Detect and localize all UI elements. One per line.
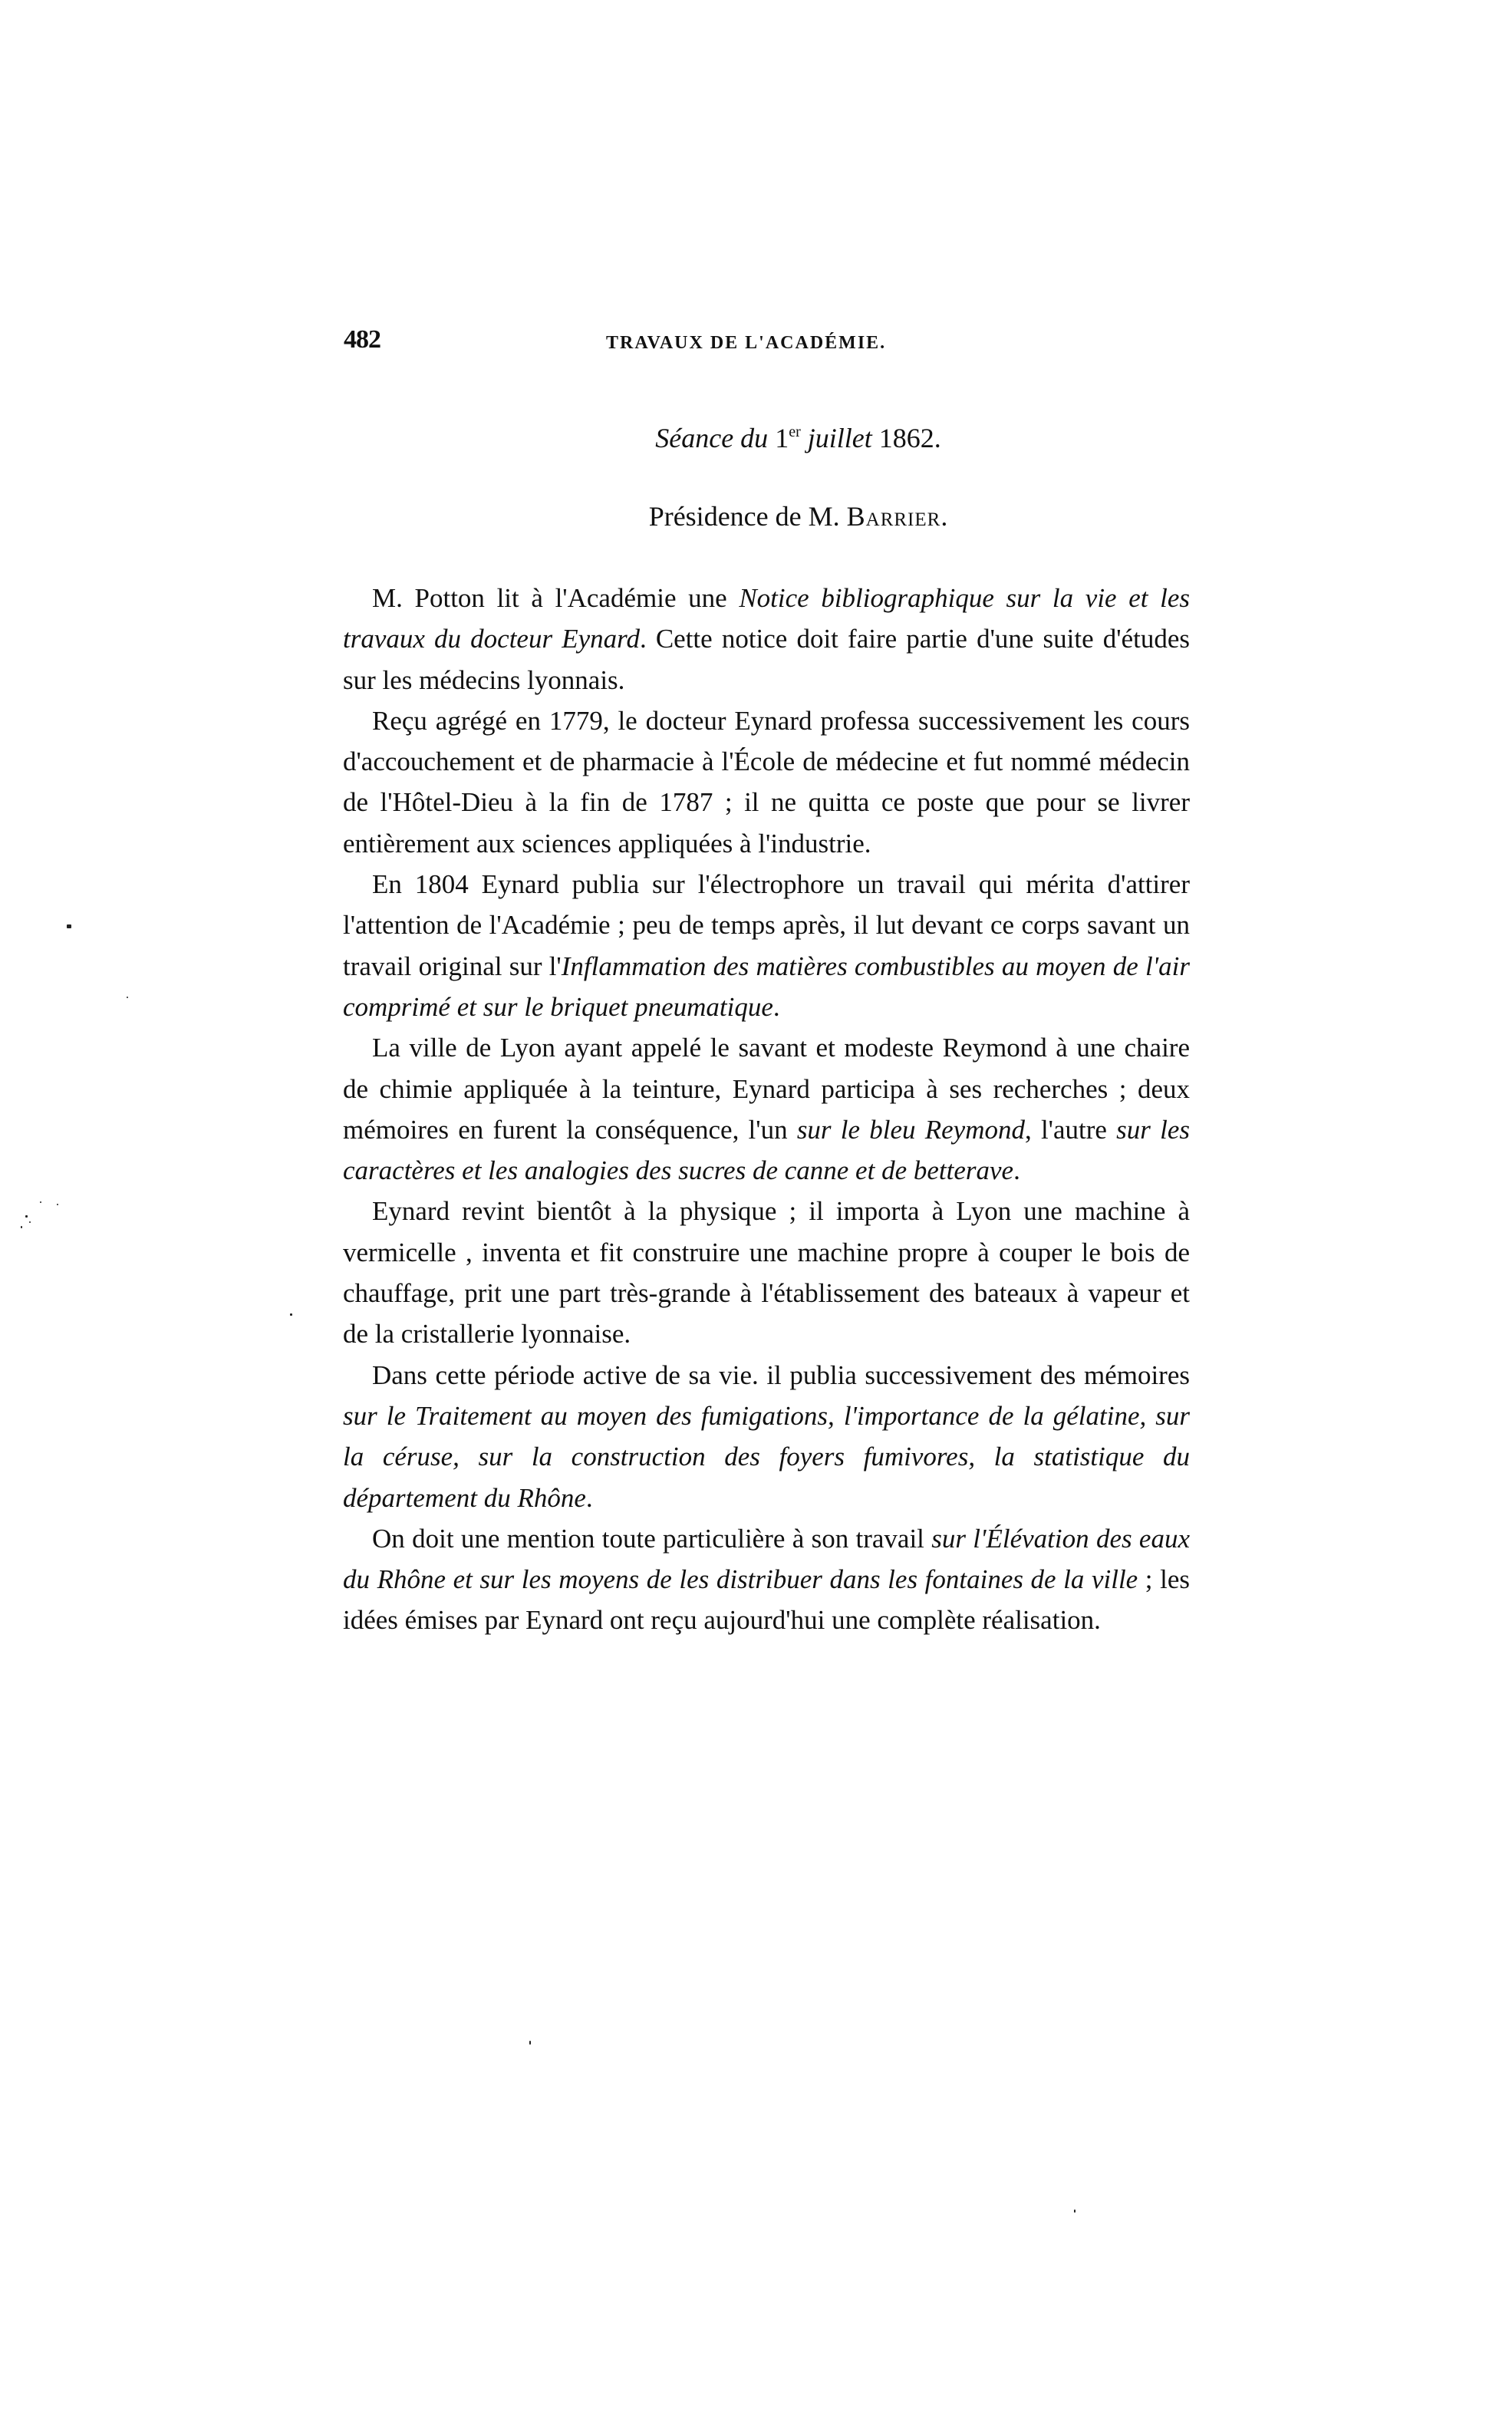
session-title: Séance du 1er juillet 1862. bbox=[0, 422, 1512, 454]
scan-speck bbox=[57, 1204, 58, 1205]
paragraph-electrophore: En 1804 Eynard publia sur l'électrophore… bbox=[343, 864, 1190, 1027]
paragraph-notice: M. Potton lit à l'Académie une Notice bi… bbox=[343, 578, 1190, 700]
body-text: M. Potton lit à l'Académie une Notice bi… bbox=[343, 578, 1190, 1641]
session-day-suffix: er bbox=[789, 423, 801, 440]
text-run: . bbox=[773, 992, 780, 1022]
text-run: M. Potton lit à l'Académie une bbox=[372, 583, 739, 613]
scan-speck bbox=[21, 1226, 22, 1228]
page-number: 482 bbox=[344, 325, 380, 354]
session-month: juillet bbox=[801, 423, 879, 453]
paragraph-elevation: On doit une mention toute particulière à… bbox=[343, 1518, 1190, 1641]
text-run: Eynard revint bientôt à la physique ; il… bbox=[343, 1196, 1190, 1349]
text-run: Reçu agrégé en 1779, le docteur Eynard p… bbox=[343, 706, 1190, 858]
session-prefix: Séance du bbox=[655, 423, 775, 453]
scan-speck bbox=[127, 997, 128, 998]
paragraph-memoires: Dans cette période active de sa vie. il … bbox=[343, 1355, 1190, 1518]
text-run: , l'autre bbox=[1025, 1115, 1116, 1145]
scan-speck bbox=[25, 1215, 28, 1218]
paragraph-physique: Eynard revint bientôt à la physique ; il… bbox=[343, 1191, 1190, 1354]
scan-speck bbox=[29, 1221, 31, 1223]
running-head: TRAVAUX DE L'ACADÉMIE. bbox=[606, 333, 886, 354]
session-year: 1862. bbox=[879, 423, 941, 453]
italic-title: sur le Traitement au moyen des fumigatio… bbox=[343, 1401, 1190, 1513]
italic-title: sur le bleu Reymond bbox=[797, 1115, 1025, 1145]
scan-speck bbox=[529, 2041, 531, 2045]
text-run: . bbox=[1013, 1155, 1020, 1185]
scan-speck bbox=[1074, 2210, 1076, 2213]
session-day: 1 bbox=[775, 423, 789, 453]
scan-speck bbox=[67, 924, 71, 928]
scan-speck bbox=[290, 1313, 292, 1316]
paragraph-reymond: La ville de Lyon ayant appelé le savant … bbox=[343, 1027, 1190, 1191]
text-run: . bbox=[586, 1483, 593, 1513]
text-run: On doit une mention toute particulière à… bbox=[372, 1524, 931, 1554]
presidence-line: Présidence de M. Barrier. bbox=[0, 500, 1512, 532]
scan-speck bbox=[40, 1201, 41, 1203]
president-name: Barrier bbox=[847, 501, 941, 532]
presidence-suffix: . bbox=[940, 501, 947, 532]
paragraph-career: Reçu agrégé en 1779, le docteur Eynard p… bbox=[343, 700, 1190, 864]
presidence-prefix: Présidence de M. bbox=[649, 501, 847, 532]
text-run: Dans cette période active de sa vie. il … bbox=[372, 1360, 1190, 1390]
